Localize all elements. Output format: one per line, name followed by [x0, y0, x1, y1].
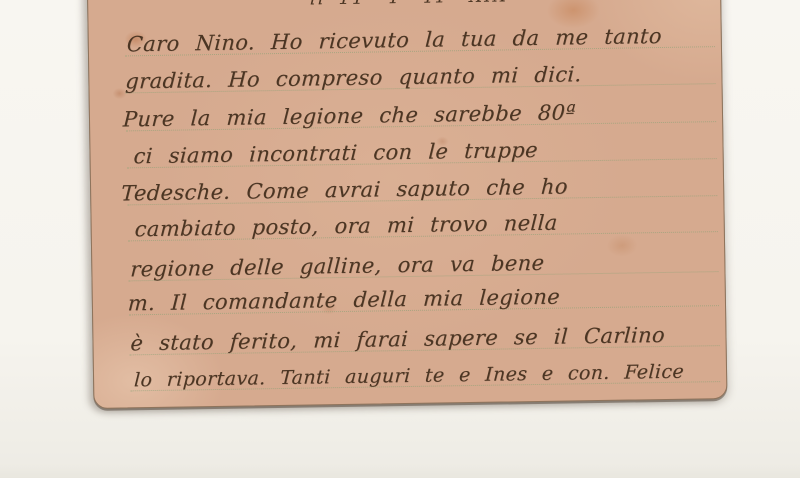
- handwritten-line-3: Pure la mia legione che sarebbe 80ª: [122, 99, 576, 132]
- handwritten-line-1: Caro Nino. Ho ricevuto la tua da me tant…: [126, 23, 663, 57]
- scan-background: li 11- 4- 41- XIX Caro Nino. Ho ricevuto…: [0, 0, 800, 478]
- handwritten-line-4: ci siamo incontrati con le truppe: [133, 137, 539, 169]
- handwritten-line-9: è stato ferito, mi farai sapere se il Ca…: [130, 322, 666, 356]
- handwritten-line-5: Tedesche. Come avrai saputo che ho: [120, 173, 568, 206]
- handwritten-line-7: regione delle galline, ora va bene: [130, 250, 546, 283]
- handwritten-line-10: lo riportava. Tanti auguri te e Ines e c…: [133, 359, 684, 394]
- handwritten-line-8: m. Il comandante della mia legione: [127, 284, 561, 317]
- handwritten-line-2: gradita. Ho compreso quanto mi dici.: [125, 61, 583, 94]
- date-line: li 11- 4- 41- XIX: [310, 0, 509, 10]
- postcard: li 11- 4- 41- XIX Caro Nino. Ho ricevuto…: [87, 0, 728, 409]
- handwritten-line-6: cambiato posto, ora mi trovo nella: [134, 210, 558, 243]
